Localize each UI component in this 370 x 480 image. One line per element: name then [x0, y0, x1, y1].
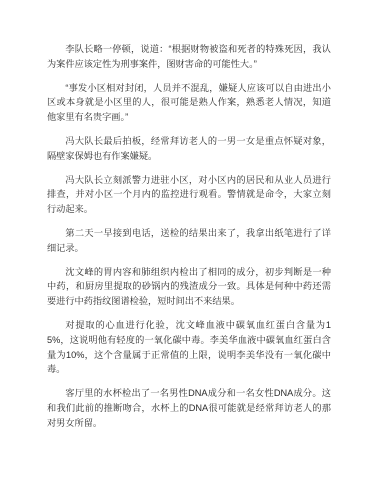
document-page: 李队长略一停顿，说道：“根据财物被盗和死者的特殊死因，我认为案件应该定性为刑事案…: [0, 0, 370, 480]
paragraph: 对提取的心血进行化验，沈文峰血液中碳氧血红蛋白含量为15%，这说明他有轻度的一氧…: [47, 318, 331, 377]
paragraph: 第二天一早接到电话，送检的结果出来了，我拿出纸笔进行了详细记录。: [47, 226, 331, 256]
paragraph: 沈文峰的胃内容和肺组织内检出了相同的成分，初步判断是一种中药，和厨房里提取的砂锅…: [47, 265, 331, 309]
paragraph: 冯大队长立刻派警力进驻小区，对小区内的居民和从业人员进行排查，并对小区一个月内的…: [47, 173, 331, 217]
paragraph: 客厅里的水杯检出了一名男性DNA成分和一名女性DNA成分。这和我们此前的推断吻合…: [47, 386, 331, 430]
paragraph: “事发小区相对封闭，人员并不混乱，嫌疑人应该可以自由进出小区或本身就是小区里的人…: [47, 81, 331, 125]
paragraph: 李队长略一停顿，说道：“根据财物被盗和死者的特殊死因，我认为案件应该定性为刑事案…: [47, 42, 331, 72]
paragraph: 冯大队长最后拍板，经常拜访老人的一男一女是重点怀疑对象，隔壁家保姆也有作案嫌疑。: [47, 134, 331, 164]
